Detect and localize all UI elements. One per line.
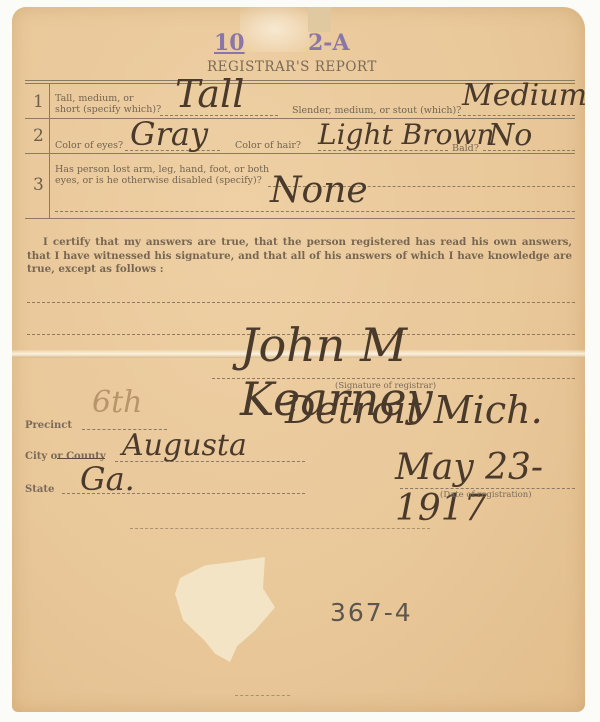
registrar-location: Detroit Mich. [285, 388, 543, 432]
faint-line [235, 695, 290, 696]
answer-disability: None [270, 170, 368, 211]
question-number: 1 [33, 92, 44, 112]
precinct-value: 6th [92, 385, 142, 420]
answer-eye-color: Gray [130, 115, 208, 153]
rule [25, 153, 575, 154]
stamp-number: 10 [214, 30, 245, 56]
question-number: 2 [33, 126, 44, 146]
date-caption: (Date of registration) [440, 490, 532, 500]
stamp-code: 2-A [308, 30, 350, 56]
pencil-note: 367-4 [330, 598, 413, 627]
answer-build: Medium [462, 78, 587, 113]
answer-bald: No [488, 118, 532, 153]
precinct-label: Precinct [25, 420, 72, 431]
exception-line [27, 302, 575, 303]
faded-area [240, 7, 310, 52]
registration-date: May 23-1917 [395, 447, 600, 529]
question-label: Tall, medium, or [55, 94, 134, 105]
answer-height: Tall [175, 72, 244, 116]
question-label: Bald? [452, 144, 479, 155]
question-label: short (specify which)? [55, 105, 161, 116]
state-value: Ga. [80, 460, 135, 498]
question-number: 3 [33, 175, 44, 195]
state-label: State [25, 484, 54, 495]
question-label: Has person lost arm, leg, hand, foot, or… [55, 165, 269, 176]
question-label: eyes, or is he otherwise disabled (speci… [55, 176, 262, 187]
faint-line [130, 528, 430, 529]
paper-tab [308, 7, 331, 32]
column-divider [49, 84, 50, 218]
question-label: Color of eyes? [55, 141, 123, 152]
answer-line [458, 115, 575, 116]
question-label: Color of hair? [235, 141, 301, 152]
question-label: Slender, medium, or stout (which)? [292, 106, 461, 117]
rule [25, 218, 575, 219]
strikethrough [57, 458, 105, 459]
city-value: Augusta [122, 428, 247, 463]
answer-line [55, 211, 575, 212]
certification-text: I certify that my answers are true, that… [27, 236, 572, 277]
